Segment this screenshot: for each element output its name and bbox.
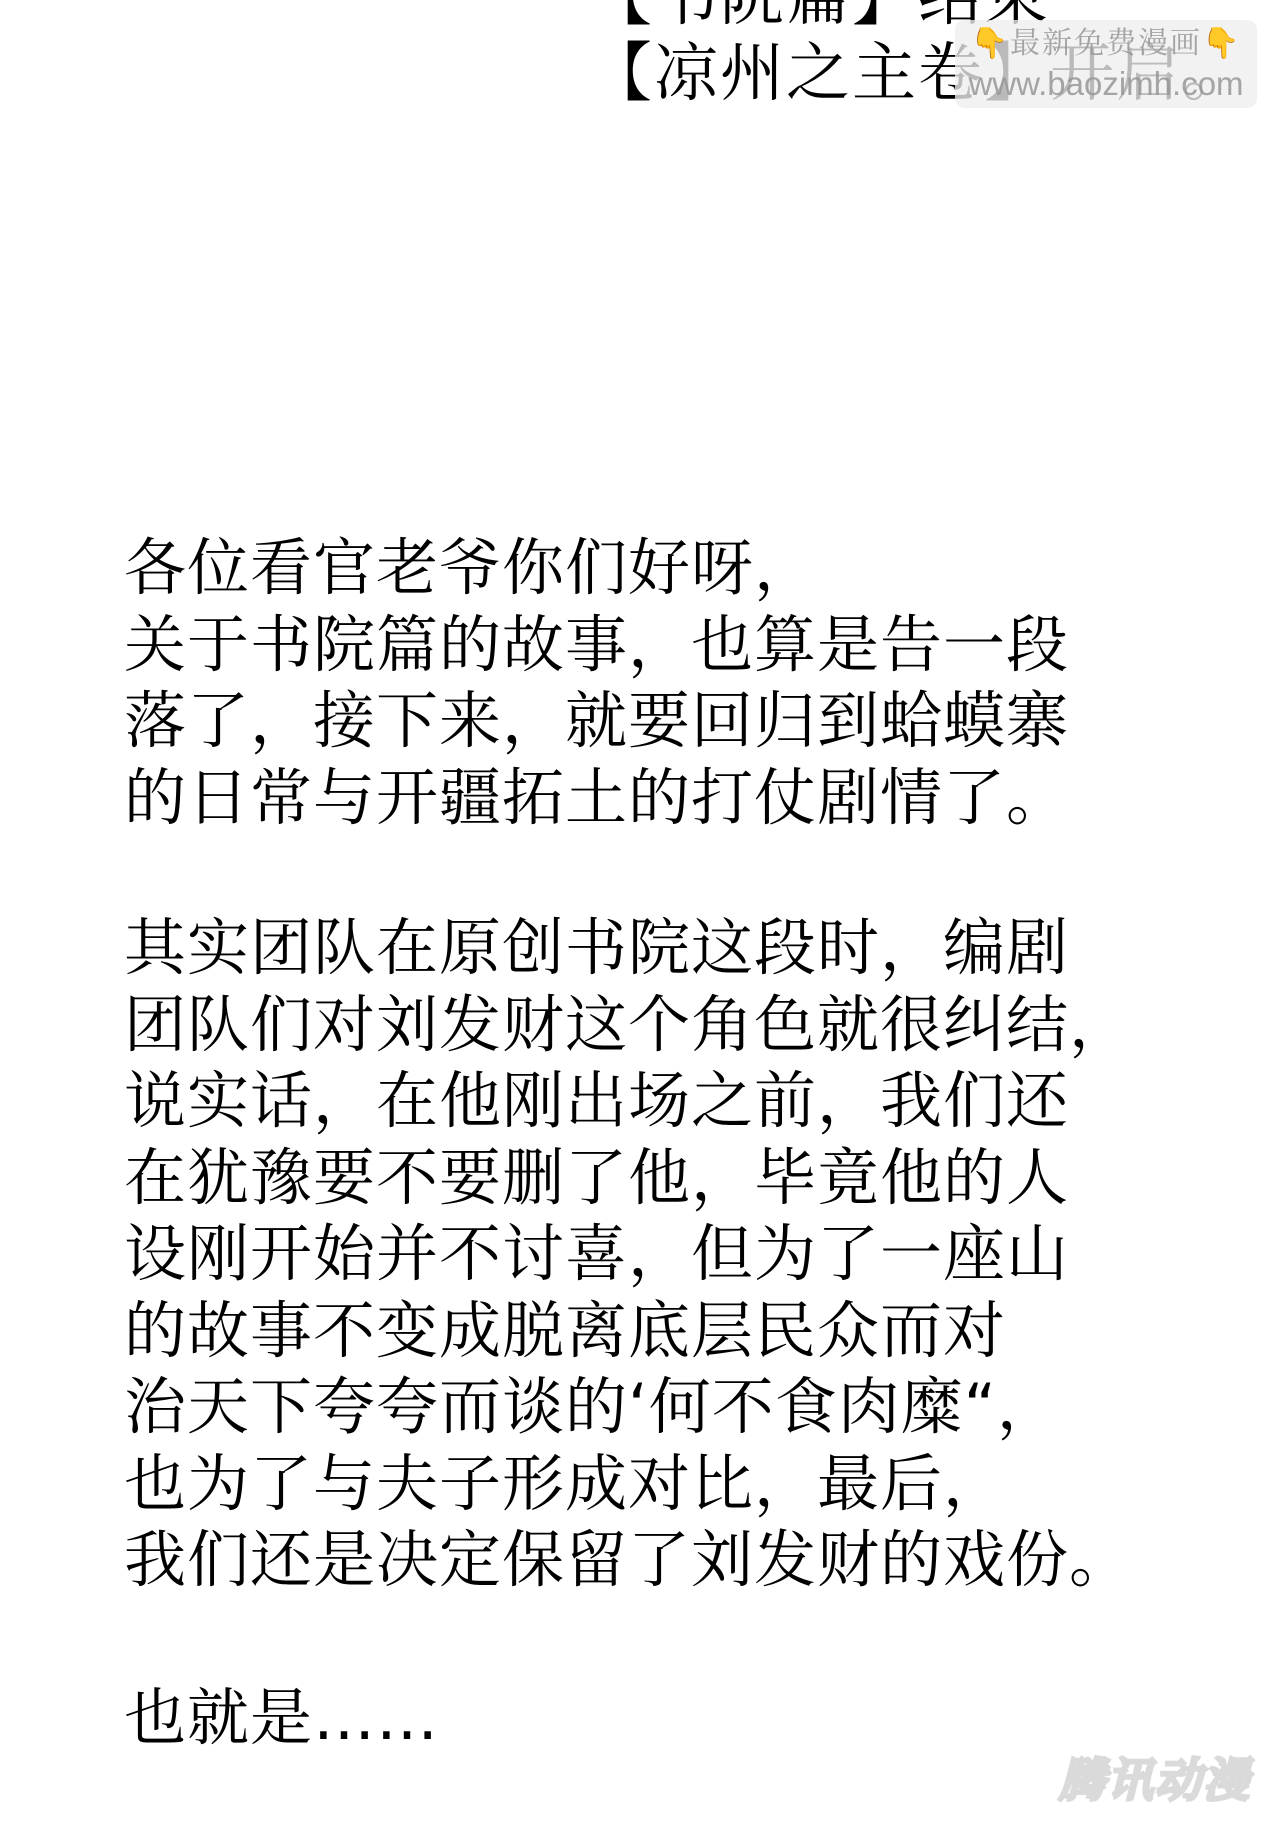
watermark-baozimh: 👇最新免费漫画👇 www.baozimh.com [955, 20, 1257, 108]
watermark-url: www.baozimh.com [955, 64, 1257, 104]
pointing-down-hand-icon: 👇 [1202, 26, 1241, 61]
paragraph-closing: 也就是…… [124, 1680, 439, 1757]
watermark-tencent-comics-logo: 腾讯动漫 [1052, 1752, 1258, 1808]
text-line: 其实团队在原创书院这段时，编剧 [124, 910, 1132, 987]
text-line: 团队们对刘发财这个角色就很纠结， [124, 987, 1132, 1064]
text-line: 我们还是决定保留了刘发财的戏份。 [124, 1522, 1132, 1599]
paragraph-explanation: 其实团队在原创书院这段时，编剧 团队们对刘发财这个角色就很纠结， 说实话，在他刚… [124, 910, 1132, 1599]
text-line: 的故事不变成脱离底层民众而对 [124, 1293, 1132, 1370]
watermark-headline: 👇最新免费漫画👇 [955, 24, 1257, 64]
text-line: 落了，接下来，就要回归到蛤蟆寨 [124, 683, 1069, 760]
text-line: 的日常与开疆拓土的打仗剧情了。 [124, 760, 1069, 837]
text-line: 治天下夸夸而谈的‘何不食肉糜“， [124, 1369, 1132, 1446]
text-line: 关于书院篇的故事，也算是告一段 [124, 607, 1069, 684]
text-line: 在犹豫要不要删了他，毕竟他的人 [124, 1140, 1132, 1217]
paragraph-greeting: 各位看官老爷你们好呀， 关于书院篇的故事，也算是告一段 落了，接下来，就要回归到… [124, 530, 1069, 836]
text-line: 也就是…… [124, 1680, 439, 1757]
pointing-down-hand-icon: 👇 [971, 26, 1010, 61]
watermark-title: 最新免费漫画 [1010, 26, 1202, 61]
text-line: 说实话，在他刚出场之前，我们还 [124, 1063, 1132, 1140]
text-line: 各位看官老爷你们好呀， [124, 530, 1069, 607]
text-line: 设刚开始并不讨喜，但为了一座山 [124, 1216, 1132, 1293]
text-line: 也为了与夫子形成对比，最后， [124, 1446, 1132, 1523]
comic-page: 【书院篇】结束 【凉州之主卷】开启。 各位看官老爷你们好呀， 关于书院篇的故事，… [0, 0, 1280, 1829]
